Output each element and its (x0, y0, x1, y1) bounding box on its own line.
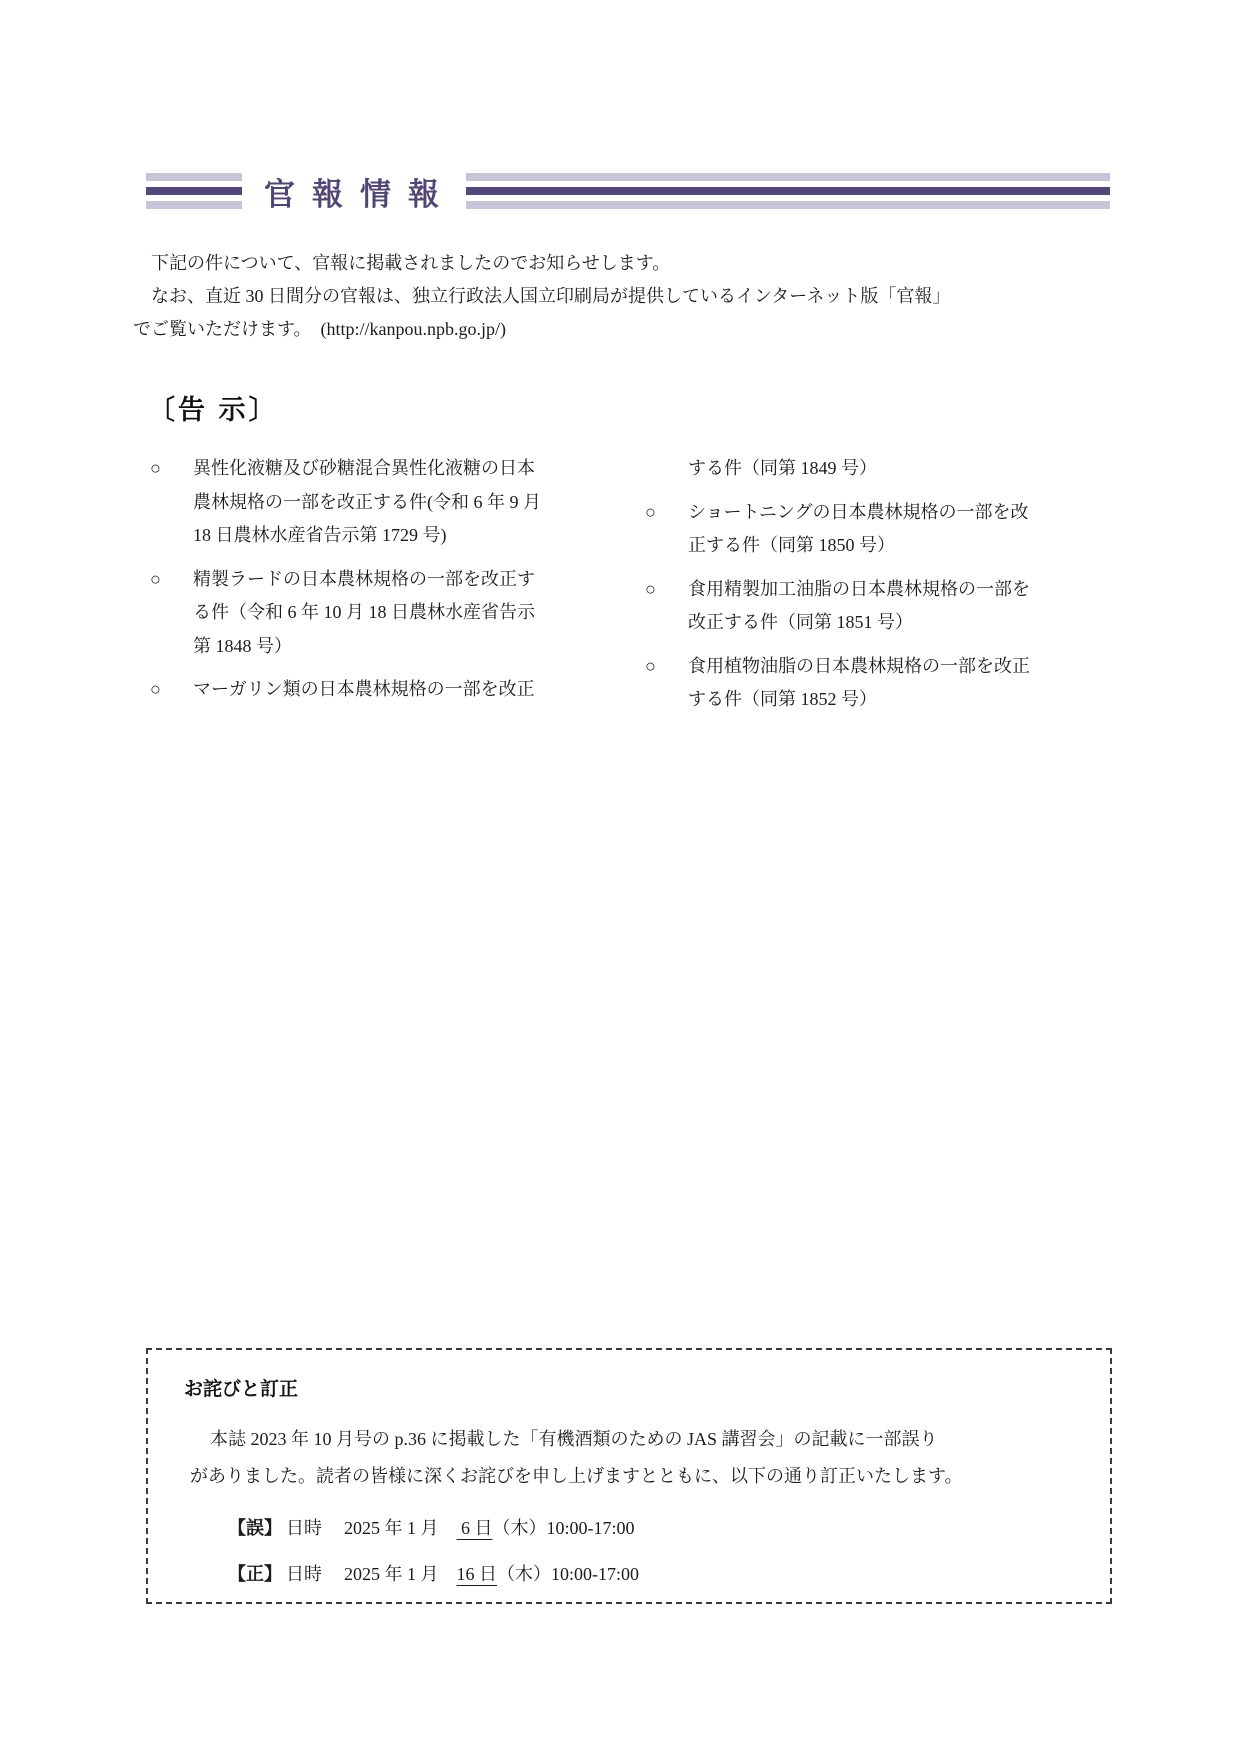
notice-section-heading: 〔告 示〕 (148, 388, 279, 427)
correct-field: 日時 (286, 1564, 322, 1584)
item-bullet: ○ (645, 573, 688, 640)
correct-label: 【正】 (228, 1564, 282, 1584)
header-stripes-left (146, 170, 242, 212)
stripe-dark (146, 187, 242, 195)
item-line: する件（同第 1849 号） (688, 452, 1125, 486)
item-line: 異性化液糖及び砂糖混合異性化液糖の日本 (193, 452, 620, 486)
list-item-continuation: する件（同第 1849 号） (645, 452, 1125, 486)
correct-date-post: （木）10:00-17:00 (497, 1564, 639, 1584)
correct-date-pre: 2025 年 1 月 (344, 1564, 457, 1584)
notice-column-right: する件（同第 1849 号） ○ ショートニングの日本農林規格の一部を改 正する… (645, 452, 1125, 727)
item-line: 食用精製加工油脂の日本農林規格の一部を (688, 573, 1125, 607)
item-line: 精製ラードの日本農林規格の一部を改正す (193, 563, 620, 597)
correction-correct-line: 【正】日時2025 年 1 月 16 日（木）10:00-17:00 (228, 1561, 1110, 1587)
item-bullet: ○ (150, 563, 193, 664)
wrong-date-pre: 2025 年 1 月 (344, 1518, 457, 1538)
list-item: ○ 食用植物油脂の日本農林規格の一部を改正 する件（同第 1852 号） (645, 650, 1125, 717)
item-bullet: ○ (645, 650, 688, 717)
wrong-label: 【誤】 (228, 1518, 282, 1538)
stripe-light (146, 173, 242, 181)
item-line: 改正する件（同第 1851 号） (688, 606, 1125, 640)
intro-paragraph: 下記の件について、官報に掲載されましたのでお知らせします。 なお、直近 30 日… (133, 247, 1113, 346)
correction-box: お詫びと訂正 本誌 2023 年 10 月号の p.36 に掲載した「有機酒類の… (146, 1348, 1112, 1604)
item-line: 食用植物油脂の日本農林規格の一部を改正 (688, 650, 1125, 684)
item-line: 第 1848 号） (193, 630, 620, 664)
item-bullet: ○ (150, 673, 193, 707)
intro-line-url: でご覧いただけます。 (http://kanpou.npb.go.jp/) (133, 313, 1113, 346)
list-item: ○ 異性化液糖及び砂糖混合異性化液糖の日本 農林規格の一部を改正する件(令和 6… (150, 452, 620, 553)
stripe-light (466, 201, 1110, 209)
notice-column-left: ○ 異性化液糖及び砂糖混合異性化液糖の日本 農林規格の一部を改正する件(令和 6… (150, 452, 620, 717)
page-title: 官報情報 (242, 169, 466, 214)
list-item: ○ マーガリン類の日本農林規格の一部を改正 (150, 673, 620, 707)
wrong-date-post: （木）10:00-17:00 (493, 1518, 635, 1538)
stripe-dark (466, 187, 1110, 195)
wrong-date-underlined: 6 日 (457, 1518, 493, 1538)
intro-line: 下記の件について、官報に掲載されましたのでお知らせします。 (133, 247, 1113, 280)
correct-date-underlined: 16 日 (457, 1564, 498, 1584)
item-line: 農林規格の一部を改正する件(令和 6 年 9 月 (193, 486, 620, 520)
item-bullet-empty (645, 452, 688, 486)
item-line: する件（同第 1852 号） (688, 683, 1125, 717)
list-item: ○ 精製ラードの日本農林規格の一部を改正す る件（令和 6 年 10 月 18 … (150, 563, 620, 664)
item-line: ショートニングの日本農林規格の一部を改 (688, 496, 1125, 530)
item-line: 18 日農林水産省告示第 1729 号) (193, 519, 620, 553)
item-bullet: ○ (645, 496, 688, 563)
header-stripes-right (466, 170, 1110, 212)
list-item: ○ ショートニングの日本農林規格の一部を改 正する件（同第 1850 号） (645, 496, 1125, 563)
stripe-light (466, 173, 1110, 181)
correction-title: お詫びと訂正 (184, 1374, 1110, 1401)
wrong-field: 日時 (286, 1518, 322, 1538)
correction-wrong-line: 【誤】日時2025 年 1 月 6 日（木）10:00-17:00 (228, 1515, 1110, 1541)
gazette-header: 官報情報 (146, 170, 1110, 212)
correction-body-line: 本誌 2023 年 10 月号の p.36 に掲載した「有機酒類のための JAS… (190, 1421, 1070, 1458)
correction-body-line: がありました。読者の皆様に深くお詫びを申し上げますとともに、以下の通り訂正いたし… (190, 1458, 1070, 1495)
intro-line: なお、直近 30 日間分の官報は、独立行政法人国立印刷局が提供しているインターネ… (133, 280, 1113, 313)
correction-paragraph: 本誌 2023 年 10 月号の p.36 に掲載した「有機酒類のための JAS… (190, 1421, 1070, 1495)
item-line: 正する件（同第 1850 号） (688, 529, 1125, 563)
item-bullet: ○ (150, 452, 193, 553)
item-line: る件（令和 6 年 10 月 18 日農林水産省告示 (193, 596, 620, 630)
stripe-light (146, 201, 242, 209)
list-item: ○ 食用精製加工油脂の日本農林規格の一部を 改正する件（同第 1851 号） (645, 573, 1125, 640)
gazette-page: { "header": { "title": "官報情報" }, "intro"… (0, 0, 1241, 1754)
item-line: マーガリン類の日本農林規格の一部を改正 (193, 673, 620, 707)
